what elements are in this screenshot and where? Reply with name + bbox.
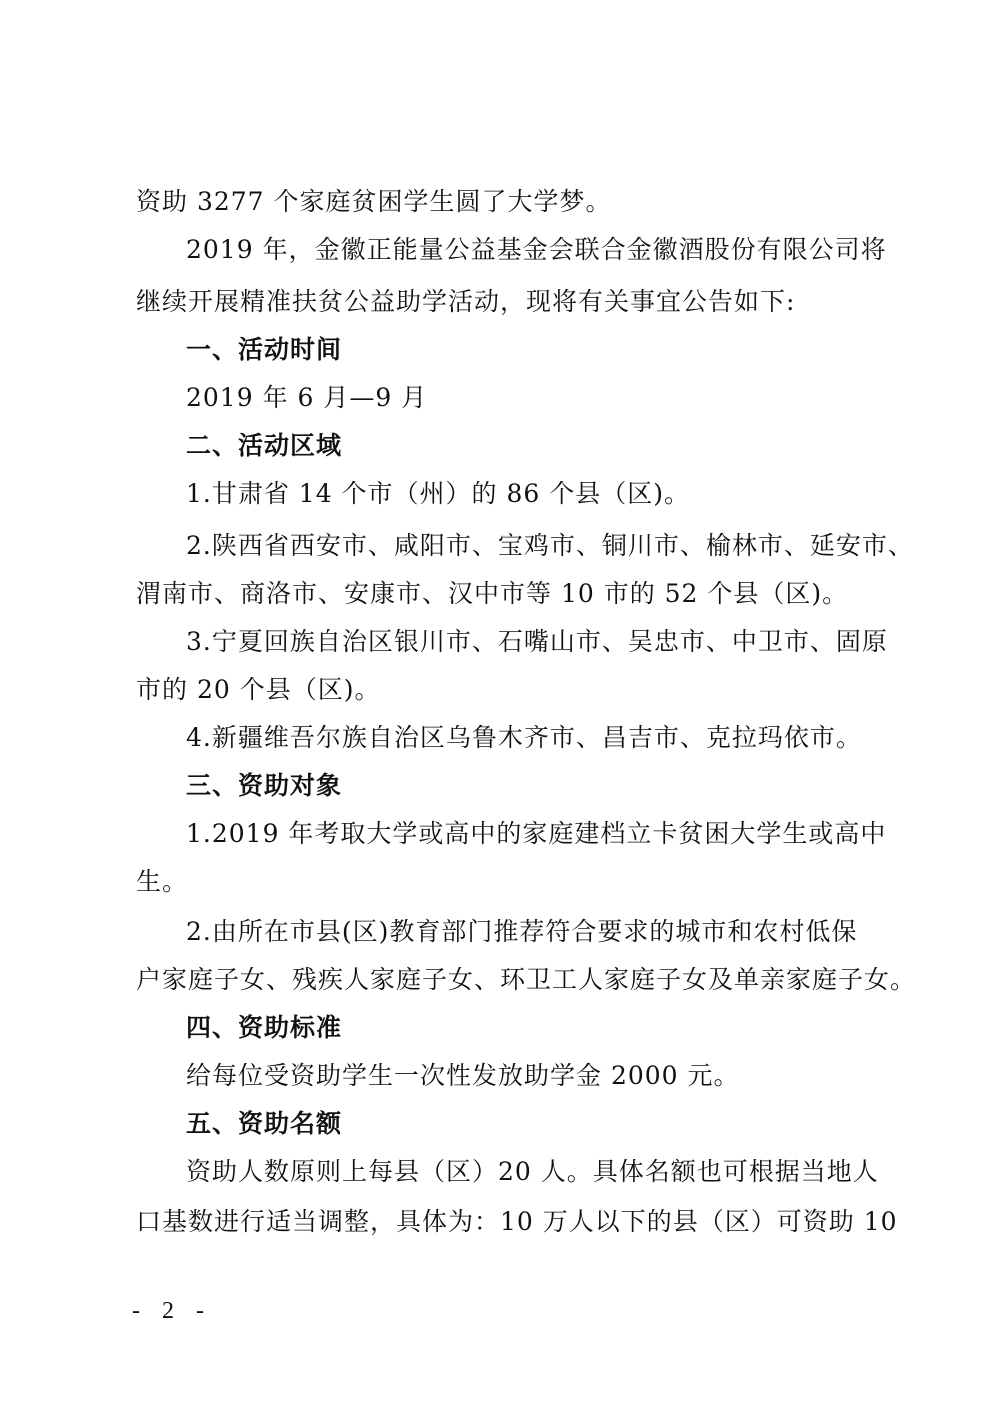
paragraph-line: 给每位受资助学生一次性发放助学金 2000 元。 [186, 1060, 740, 1092]
section-heading-region: 二、活动区域 [186, 430, 342, 462]
page-number: - 2 - [132, 1298, 212, 1325]
section-heading-standard: 四、资助标准 [186, 1012, 342, 1044]
paragraph-line: 资助人数原则上每县（区）20 人。具体名额也可根据当地人 [186, 1156, 879, 1188]
paragraph-line: 渭南市、商洛市、安康市、汉中市等 10 市的 52 个县（区)。 [136, 578, 848, 610]
paragraph-line: 口基数进行适当调整，具体为：10 万人以下的县（区）可资助 10 [136, 1206, 898, 1238]
paragraph-line: 2019 年，金徽正能量公益基金会联合金徽酒股份有限公司将 [186, 234, 887, 266]
paragraph-line: 继续开展精准扶贫公益助学活动，现将有关事宜公告如下: [136, 286, 795, 318]
section-heading-time: 一、活动时间 [186, 334, 342, 366]
paragraph-line: 1.甘肃省 14 个市（州）的 86 个县（区)。 [186, 478, 690, 510]
paragraph-line: 3.宁夏回族自治区银川市、石嘴山市、吴忠市、中卫市、固原 [186, 626, 888, 658]
paragraph-line: 生。 [136, 866, 188, 898]
paragraph-line: 2.陕西省西安市、咸阳市、宝鸡市、铜川市、榆林市、延安市、 [186, 530, 914, 562]
paragraph-line: 4.新疆维吾尔族自治区乌鲁木齐市、昌吉市、克拉玛依市。 [186, 722, 862, 754]
paragraph-line: 户家庭子女、残疾人家庭子女、环卫工人家庭子女及单亲家庭子女。 [136, 964, 916, 996]
paragraph-line: 资助 3277 个家庭贫困学生圆了大学梦。 [136, 186, 612, 218]
paragraph-line: 2019 年 6 月—9 月 [186, 382, 427, 414]
paragraph-line: 2.由所在市县(区)教育部门推荐符合要求的城市和农村低保 [186, 916, 857, 948]
section-heading-recipients: 三、资助对象 [186, 770, 342, 802]
paragraph-line: 1.2019 年考取大学或高中的家庭建档立卡贫困大学生或高中 [186, 818, 886, 850]
paragraph-line: 市的 20 个县（区)。 [136, 674, 380, 706]
section-heading-quota: 五、资助名额 [186, 1108, 342, 1140]
